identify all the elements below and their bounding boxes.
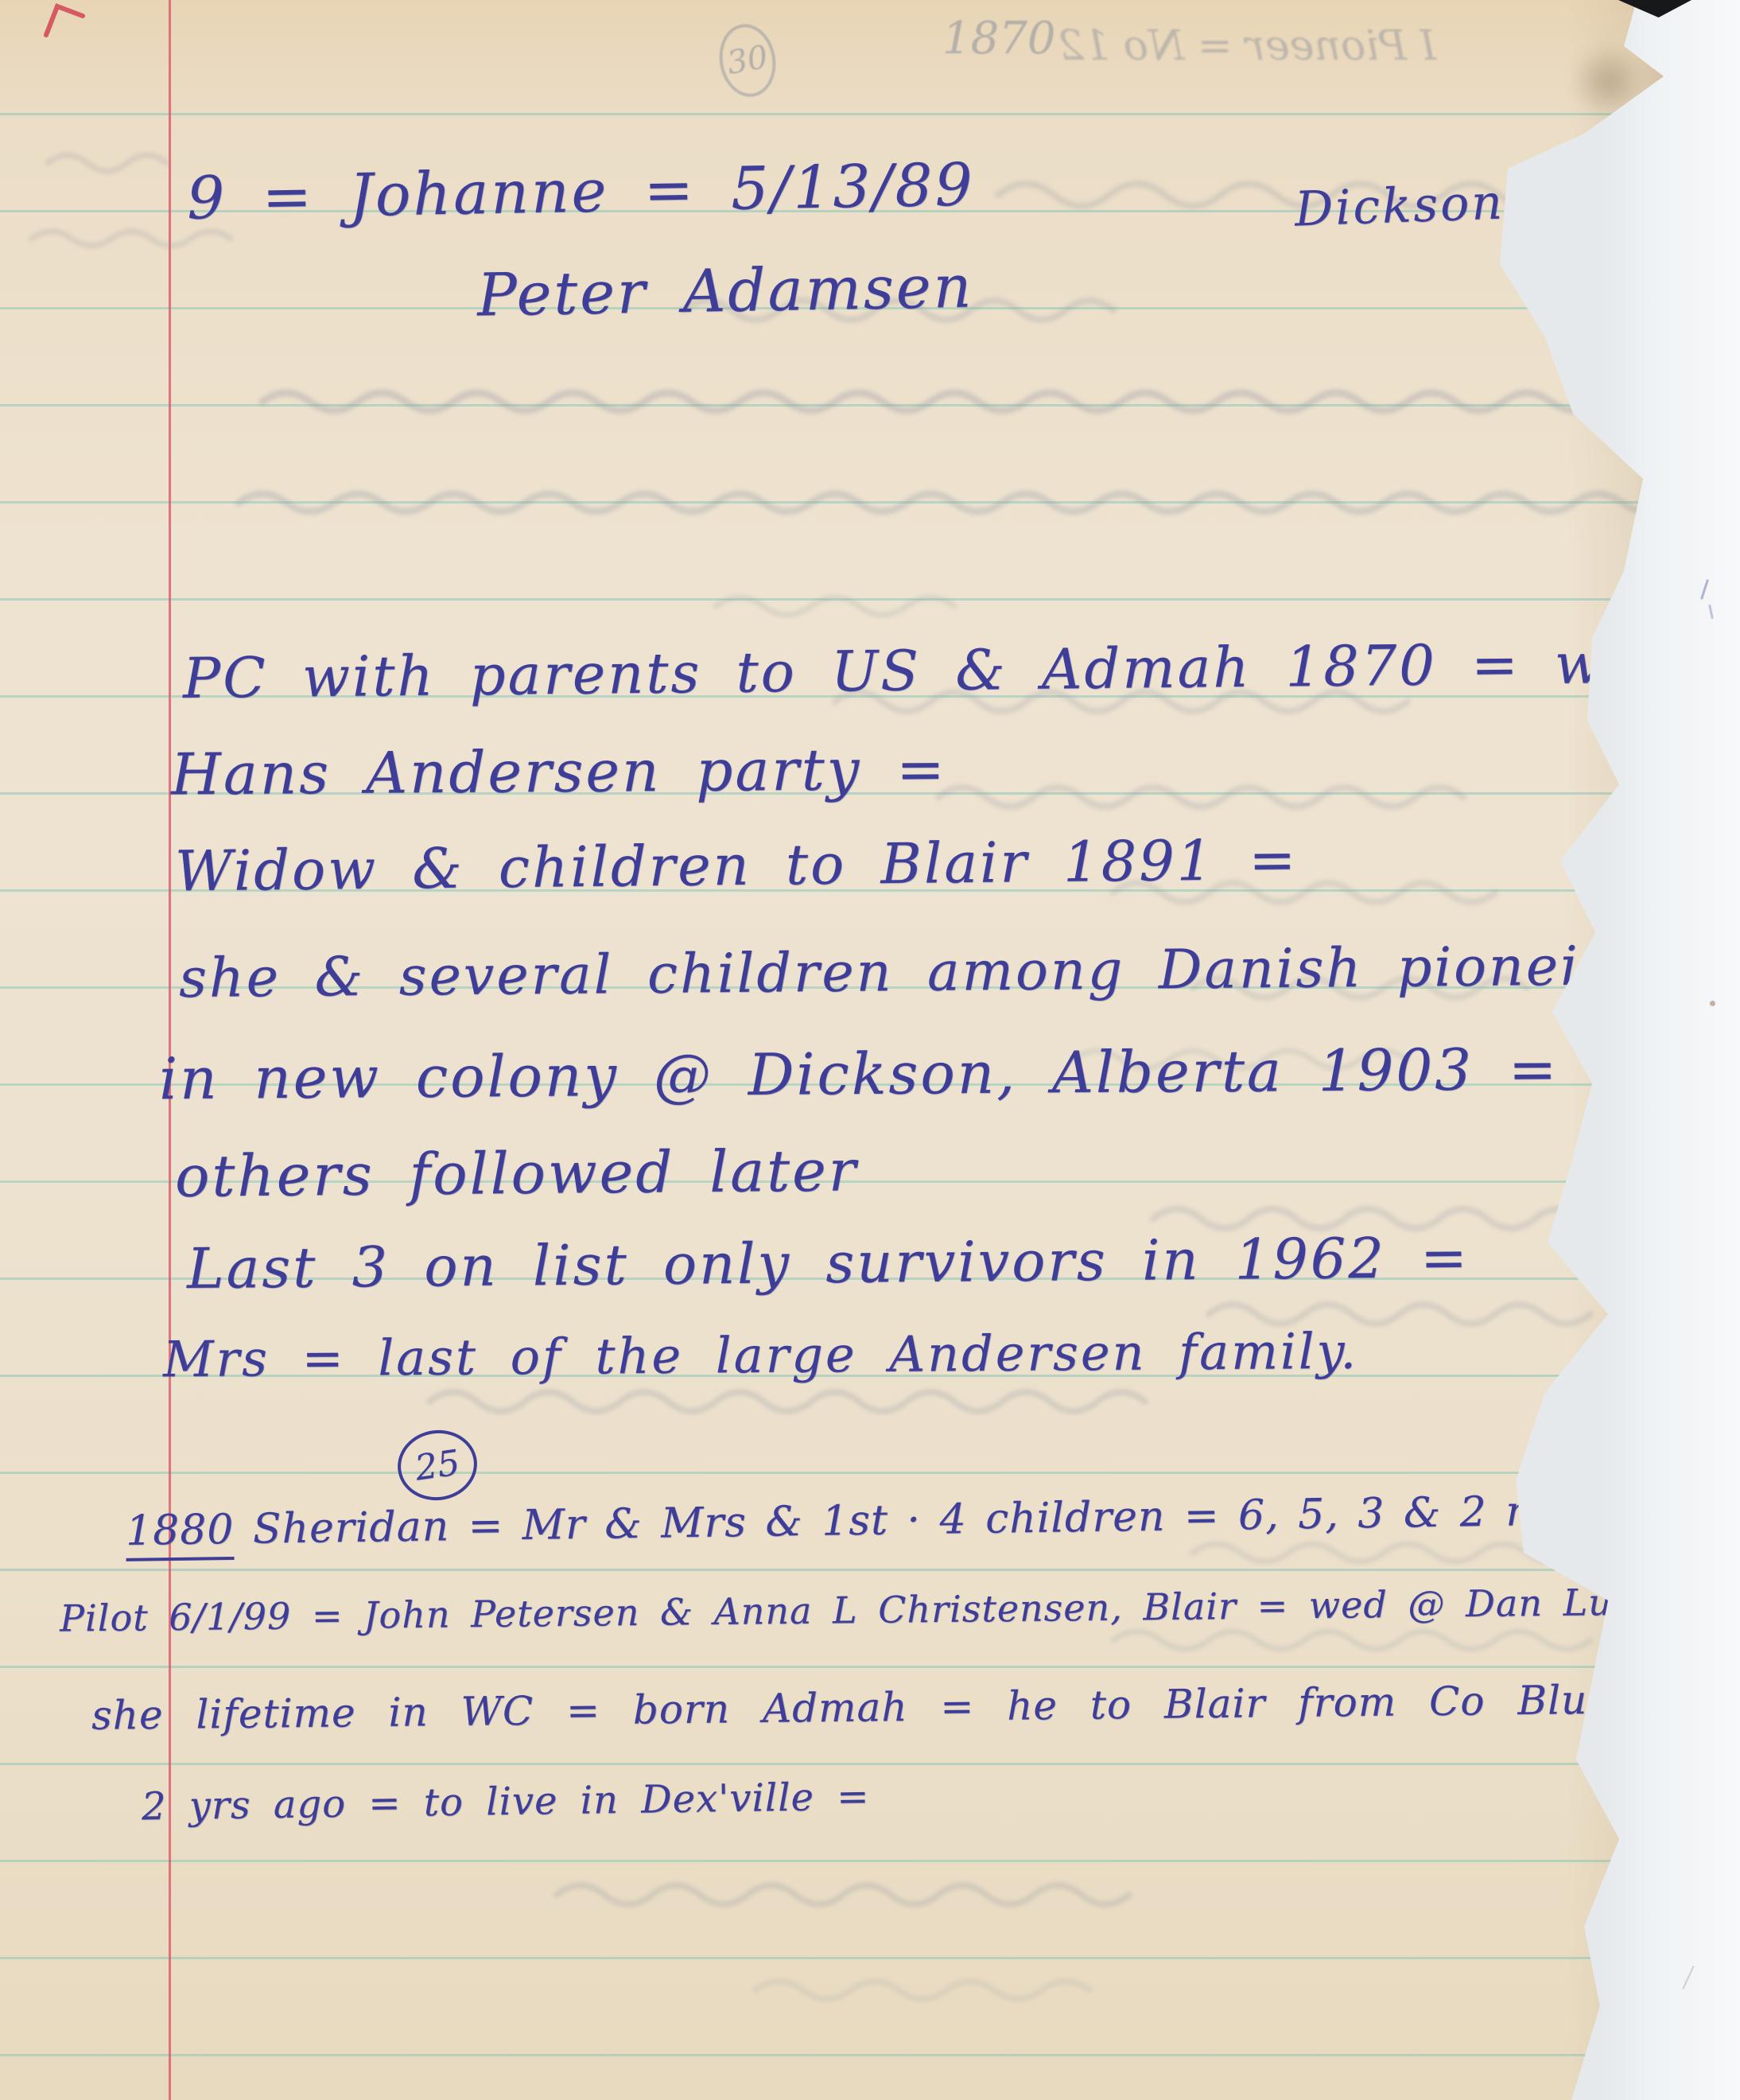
scanner-mark <box>1700 579 1709 600</box>
addendum-line-4: 2 yrs ago = to live in Dex'ville = <box>142 1773 870 1831</box>
scanner-bed: 30 1870 I Pioneer = No 12 9 = Johanne = … <box>0 0 1740 2100</box>
body-para4-line2: Mrs = last of the large Andersen family. <box>163 1320 1359 1390</box>
body-para3-line3: others followed later <box>175 1134 859 1211</box>
torn-edge-shading <box>1567 0 1670 2100</box>
ghost-mirrored-heading: I Pioneer = No 12 <box>1058 22 1436 70</box>
scanner-scratch <box>1682 1966 1694 1989</box>
heading-line-2: Peter Adamsen <box>476 251 974 332</box>
scanned-document: { "document": { "kind": "handwritten gen… <box>0 0 1740 2100</box>
scanner-speck <box>1710 1001 1715 1006</box>
body-para3-line2: in new colony @ Dickson, Alberta 1903 = <box>159 1033 1559 1114</box>
red-corner-mark <box>24 0 119 56</box>
circled-25-value: 25 <box>413 1442 463 1488</box>
paper-crease <box>1551 1464 1614 1527</box>
heading-place-right: Dickson <box>1294 173 1505 239</box>
ghost-circled-number-value: 30 <box>724 39 771 82</box>
heading-line-1: 9 = Johanne = 5/13/89 <box>186 148 975 235</box>
paper-crease <box>1571 44 1646 119</box>
body-para2-line1: Widow & children to Blair 1891 = <box>175 826 1299 907</box>
body-para3-line1: she & several children among Danish pion… <box>179 932 1639 1013</box>
ghost-year: 1870 <box>942 13 1056 64</box>
body-para4-line1: Last 3 on list only survivors in 1962 = <box>187 1223 1470 1305</box>
underlined-year-1880: 1880 <box>126 1506 235 1561</box>
body-para1-line2: Hans Andersen party = <box>171 733 947 811</box>
notebook-paper: 30 1870 I Pioneer = No 12 9 = Johanne = … <box>0 0 1670 2100</box>
scanner-mark <box>1708 605 1714 619</box>
